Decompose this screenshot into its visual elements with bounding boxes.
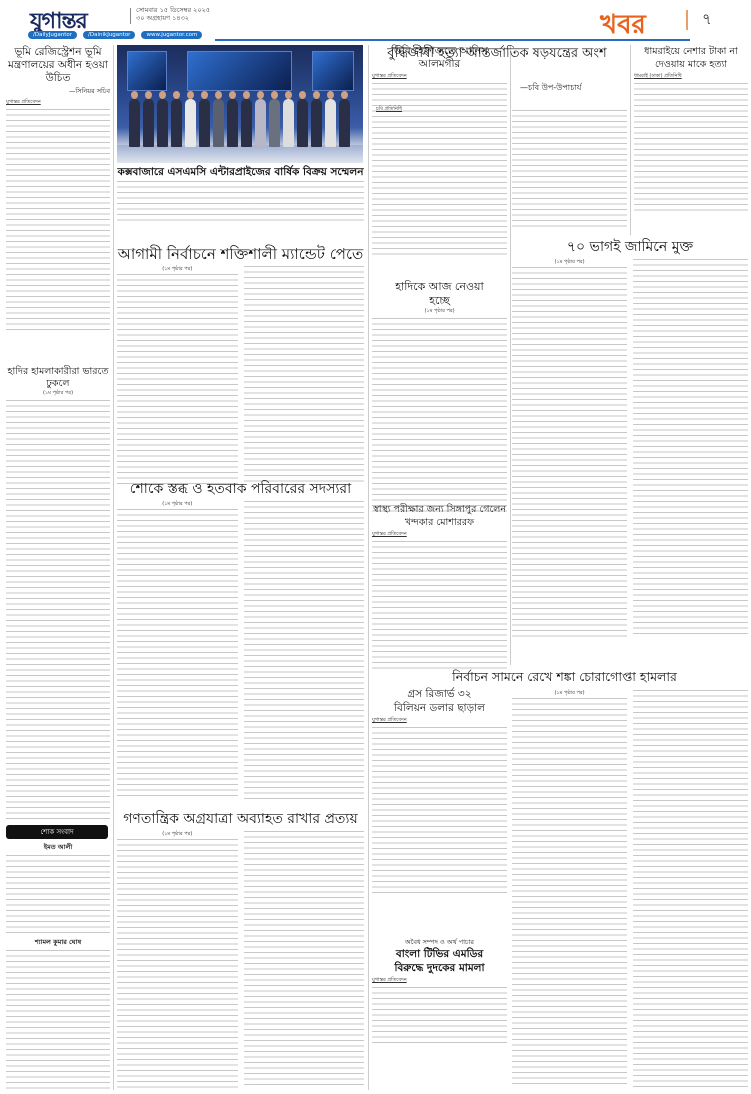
body-text [634, 83, 748, 213]
stage-screen [127, 51, 167, 91]
article-smc-conference: কক্সবাজারে এসএমসি এন্টারপ্রাইজের বার্ষিক… [117, 165, 364, 223]
body-text [372, 318, 507, 513]
article-gross-reserve: গ্রস রিজার্ভ ৩২ বিলিয়ন ডলার ছাড়াল যুগা… [372, 688, 507, 897]
event-photo [117, 45, 363, 163]
byline: যুগান্তর প্রতিবেদন [372, 73, 507, 81]
headline: শোকে স্তব্ধ ও হতবাক পরিবারের সদস্যরা [117, 480, 364, 499]
article-intellectual-killing: বুদ্ধিজীবী হত্যা আন্তর্জাতিক ষড়যন্ত্রের… [512, 45, 630, 62]
article-bail: ৭০ ভাগই জামিনে মুক্ত (১ম পৃষ্ঠার পর) [512, 238, 748, 637]
article-hadi-today: হাদিকে আজ নেওয়া হচ্ছে (১ম পৃষ্ঠার পর) [372, 280, 507, 513]
column-rule [630, 45, 631, 235]
body-text [6, 400, 110, 820]
website-link[interactable]: www.jugantor.com [141, 31, 202, 39]
attribution: —চবি উপ-উপাচার্য [520, 82, 581, 95]
column-rule [368, 45, 369, 1090]
section-title: খবর [600, 4, 646, 48]
stage-screen [187, 51, 292, 91]
article-mandate: আগামী নির্বাচনে শক্তিশালী ম্যান্ডেট পেতে… [117, 244, 364, 484]
article-hadi-attackers: হাদির হামলাকারীরা ভারতে ঢুকলে (১ম পৃষ্ঠা… [6, 366, 110, 820]
body-text [117, 274, 238, 484]
body-text [117, 509, 238, 799]
continued-label: (১ম পৃষ্ঠার পর) [372, 308, 507, 316]
article-grief: শোকে স্তব্ধ ও হতবাক পরিবারের সদস্যরা (১ম… [117, 480, 364, 799]
headline: হাদির হামলাকারীরা ভারতে ঢুকলে [6, 366, 110, 390]
article-dhamrai: ধামরাইয়ে নেশার টাকা না দেওয়ায় মাকে হত… [634, 45, 748, 213]
body-text [372, 727, 507, 897]
body-text [244, 831, 365, 1089]
byline: চবি প্রতিনিধি [376, 106, 402, 114]
obituary-body [6, 950, 110, 1090]
headline: গ্রস রিজার্ভ ৩২ বিলিয়ন ডলার ছাড়াল [372, 688, 507, 715]
continued-label: (১ম পৃষ্ঠার পর) [117, 501, 238, 509]
dateline: সোমবার ১৫ ডিসেম্বর ২০২৫ ৩০ অগ্রহায়ণ ১৪৩… [136, 6, 210, 22]
obituary-name: ইমত আলী [6, 842, 110, 853]
continued-label: (১ম পৃষ্ঠার পর) [117, 831, 238, 839]
date-gregorian: সোমবার ১৫ ডিসেম্বর ২০২৫ [136, 6, 210, 14]
headline: নির্বাচন সামনে রেখে শঙ্কা চোরাগোপ্তা হাম… [377, 668, 751, 685]
continued-label: (১ম পৃষ্ঠার পর) [512, 259, 627, 267]
body-text [633, 259, 748, 637]
column-rule [510, 45, 511, 665]
facebook-link[interactable]: /DainikJugantor [83, 31, 135, 39]
date-bengali: ৩০ অগ্রহায়ণ ১৪৩২ [136, 14, 210, 22]
body-text [372, 987, 507, 1047]
body-text [512, 110, 627, 230]
headline: ৭০ ভাগই জামিনে মুক্ত [512, 238, 748, 257]
continued-label: (১ম পৃষ্ঠার পর) [6, 390, 110, 398]
headline: আগামী নির্বাচনে শক্তিশালী ম্যান্ডেট পেতে [117, 244, 364, 264]
social-links: /DailyJugantor /DainikJugantor www.jugan… [28, 31, 202, 39]
body-text [512, 698, 627, 1088]
body-text [633, 690, 748, 1088]
body-text [117, 181, 364, 223]
article-election-attack: নির্বাচন সামনে রেখে শঙ্কা চোরাগোপ্তা হাম… [512, 668, 748, 685]
twitter-link[interactable]: /DailyJugantor [28, 31, 77, 39]
headline: ধামরাইয়ে নেশার টাকা না দেওয়ায় মাকে হত… [634, 45, 748, 71]
body-text [244, 266, 365, 484]
body-text [6, 109, 110, 334]
byline: যুগান্তর প্রতিবেদন [372, 531, 507, 539]
election-attack-columns: (১ম পৃষ্ঠার পর) [512, 690, 748, 1088]
body-text [372, 541, 507, 671]
obituary-section: ইমত আলী শ্যামল কুমার ঘোষ [6, 842, 110, 1090]
continued-label: (১ম পৃষ্ঠার পর) [512, 690, 627, 698]
byline: যুগান্তর প্রতিবেদন [372, 977, 507, 985]
divider [686, 10, 688, 30]
column-rule [113, 45, 114, 1090]
article-anis-alamgir: ডিবি হেফাজতে আনিস আলমগীর যুগান্তর প্রতিব… [372, 45, 507, 258]
article-democratic-progress: গণতান্ত্রিক অগ্রযাত্রা অব্যাহত রাখার প্র… [117, 810, 364, 1089]
byline: ধামরাই (ঢাকা) প্রতিনিধি [634, 73, 748, 81]
page-number: ৭ [702, 8, 712, 33]
headline: স্বাস্থ্য পরীক্ষার জন্য সিঙ্গাপুর গেলেন … [372, 503, 507, 529]
article-mosharraf: স্বাস্থ্য পরীক্ষার জন্য সিঙ্গাপুর গেলেন … [372, 503, 507, 671]
article-land-registration: ভূমি রেজিস্ট্রেশন ভূমি মন্ত্রণালয়ের অধী… [6, 46, 110, 334]
obituary-title: শোক সংবাদ [6, 825, 108, 839]
headline: বুদ্ধিজীবী হত্যা আন্তর্জাতিক ষড়যন্ত্রের… [377, 45, 617, 62]
headline: গণতান্ত্রিক অগ্রযাত্রা অব্যাহত রাখার প্র… [117, 810, 364, 829]
divider [130, 8, 131, 24]
headline: ভূমি রেজিস্ট্রেশন ভূমি মন্ত্রণালয়ের অধী… [6, 46, 110, 85]
body-text [117, 839, 238, 1089]
headline: বাংলা টিভির এমডির বিরুদ্ধে দুদকের মামলা [372, 948, 507, 975]
headline: কক্সবাজারে এসএমসি এন্টারপ্রাইজের বার্ষিক… [117, 165, 364, 179]
stage-floor [117, 145, 363, 163]
attribution: —সিনিয়র সচিব [6, 86, 110, 97]
byline: যুগান্তর প্রতিবেদন [6, 99, 110, 107]
body-text [244, 501, 365, 799]
obituary-name: শ্যামল কুমার ঘোষ [6, 937, 110, 948]
byline: যুগান্তর প্রতিবেদন [372, 717, 507, 725]
continued-label: (১ম পৃষ্ঠার পর) [117, 266, 238, 274]
headline: হাদিকে আজ নেওয়া হচ্ছে [372, 280, 507, 308]
body-text [512, 267, 627, 637]
stage-screen [312, 51, 354, 91]
article-bangla-tv: অবৈধ সম্পদ ও অর্থ পাচার বাংলা টিভির এমডি… [372, 937, 507, 1047]
obituary-body [6, 855, 110, 935]
masthead: যুগান্তর সোমবার ১৫ ডিসেম্বর ২০২৫ ৩০ অগ্র… [0, 0, 751, 44]
kicker: অবৈধ সম্পদ ও অর্থ পাচার [372, 937, 507, 948]
